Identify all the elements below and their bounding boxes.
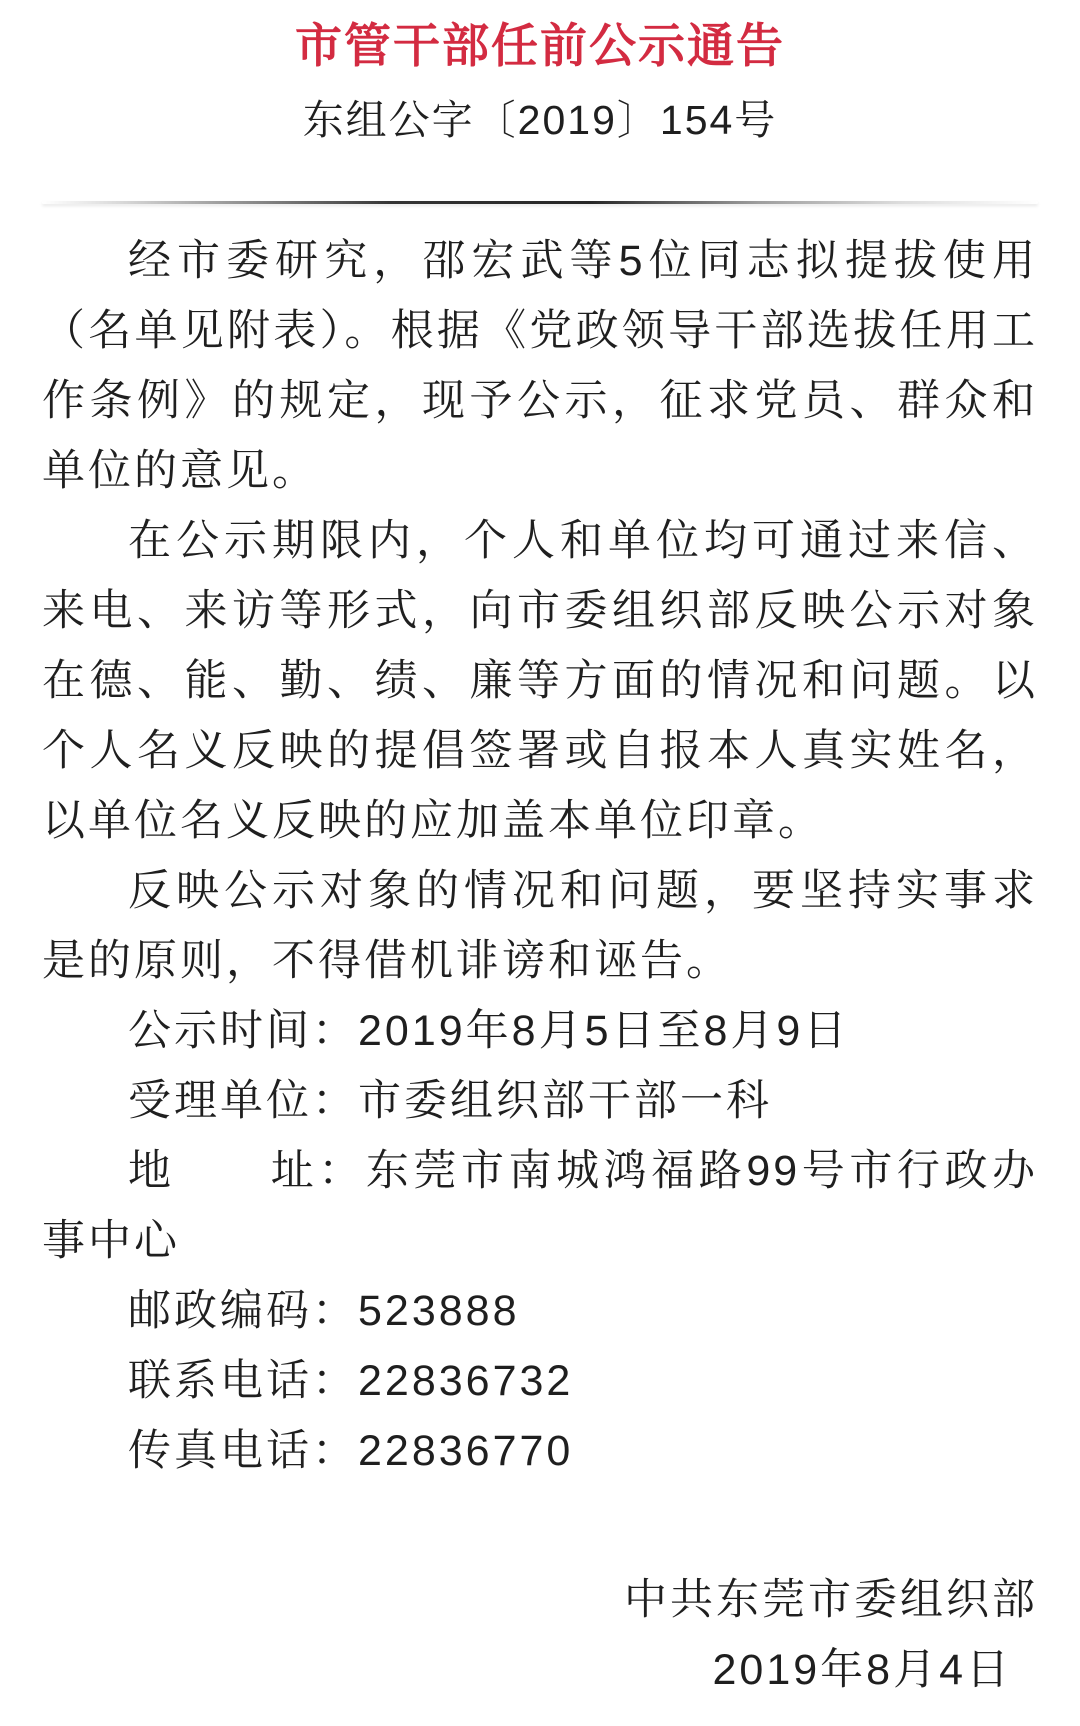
detail-label: 受理单位 [128,1077,312,1125]
notice-document: 市管干部任前公示通告 东组公字〔2019〕154号 经市委研究，邵宏武等5位同志… [0,0,1080,1726]
detail-label: 传真电话 [128,1427,312,1475]
detail-line-address: 地 址：东莞市南城鸿福路99号市行政办事中心 [42,1136,1038,1276]
detail-label: 联系电话 [128,1357,312,1405]
notice-body: 经市委研究，邵宏武等5位同志拟提拔使用（名单见附表）。根据《党政领导干部选拔任用… [42,226,1038,1486]
detail-value: 22836732 [358,1357,573,1405]
detail-value: 22836770 [358,1427,573,1475]
paragraph-1: 经市委研究，邵宏武等5位同志拟提拔使用（名单见附表）。根据《党政领导干部选拔任用… [42,226,1038,506]
detail-label: 公示时间 [128,1007,312,1055]
detail-colon: ： [318,1147,366,1195]
divider [42,201,1038,204]
paragraph-3: 反映公示对象的情况和问题，要坚持实事求是的原则，不得借机诽谤和诬告。 [42,856,1038,996]
doc-number: 东组公字〔2019〕154号 [42,96,1038,144]
detail-line-public-period: 公示时间：2019年8月5日至8月9日 [42,996,1038,1066]
detail-label: 地 址 [128,1147,318,1195]
detail-line-contact-phone: 联系电话：22836732 [42,1346,1038,1416]
detail-colon: ： [312,1007,358,1055]
signature: 中共东莞市委组织部 [42,1565,1038,1635]
detail-line-postal-code: 邮政编码：523888 [42,1276,1038,1346]
detail-colon: ： [312,1357,358,1405]
signature-date: 2019年8月4日 [42,1635,1038,1705]
detail-colon: ： [312,1427,358,1475]
detail-value: 2019年8月5日至8月9日 [358,1007,849,1055]
detail-value: 523888 [358,1287,520,1335]
detail-line-accepting-unit: 受理单位：市委组织部干部一科 [42,1066,1038,1136]
detail-colon: ： [312,1077,358,1125]
detail-label: 邮政编码 [128,1287,312,1335]
detail-value: 市委组织部干部一科 [358,1077,772,1125]
paragraph-2: 在公示期限内，个人和单位均可通过来信、来电、来访等形式，向市委组织部反映公示对象… [42,506,1038,856]
page-title: 市管干部任前公示通告 [42,0,1038,76]
detail-line-fax-phone: 传真电话：22836770 [42,1416,1038,1486]
detail-colon: ： [312,1287,358,1335]
